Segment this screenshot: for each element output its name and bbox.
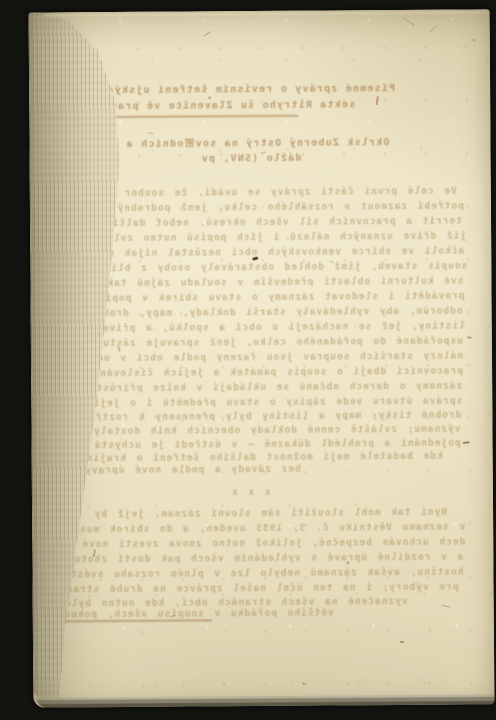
ghost-line-body-paragraph-1: záznamy o darech občanů se ukládají v kn… [55,381,462,397]
ghost-line-body-paragraph-2: dech uchován bezpečně, jelikož nutno zno… [43,537,465,553]
ghost-line-body-paragraph-1: pracovníci dbají o soupis památek a jeji… [49,366,463,382]
ghost-line-body-paragraph-1: uspořádané do pořádaného celku, jenž spr… [46,336,463,352]
ghost-line-body-paragraph-2: Nyní tak mohl sloužiti sám slovní záznam… [95,507,447,522]
ghost-line-title-block: sekta Ritryho šu Zlavenice vě pravi dosl… [111,99,355,114]
ghost-rule [64,619,212,622]
ghost-line-body-paragraph-1: odborům, aby vyhledávaly starší doklady,… [45,306,463,322]
bottom-page-edges [36,694,494,707]
ghost-line-title-block: Písemné zprávy o revisním šetření ujskýc… [103,83,395,98]
ghost-line-subtitle-block: Okrlsk Zuberný Ostrý na sov密odních a bre… [111,137,389,152]
ghost-line-section-separator: x x x [223,487,279,500]
ghost-line-body-paragraph-2: hostinu, avšak záznamů nebylo lze v plné… [42,567,463,583]
ghost-line-body-paragraph-2: a v rozdílné úpravě s vyhledáním všech p… [46,552,463,568]
ghost-rule [90,115,298,118]
ghost-line-body-paragraph-1: bez závady a podle nové úpravy knih [69,464,301,479]
book-page-block: Písemné zprávy o revisním šetření ujskýc… [29,9,495,707]
ghost-line-subtitle-block: dážlo (SNV, pvoie [202,153,302,167]
ghost-line-body-paragraph-2: v seznamu Věstníku č. 3, 1953 uveden, a … [45,522,465,538]
ghost-line-body-paragraph-1: Ve celé první části zprávy se uvádí, že … [73,186,457,202]
ghost-line-body-paragraph-1: nálezy starších souprav jsou řazeny podl… [52,351,463,367]
photo-background: Písemné zprávy o revisním šetření ujskýc… [0,0,496,720]
